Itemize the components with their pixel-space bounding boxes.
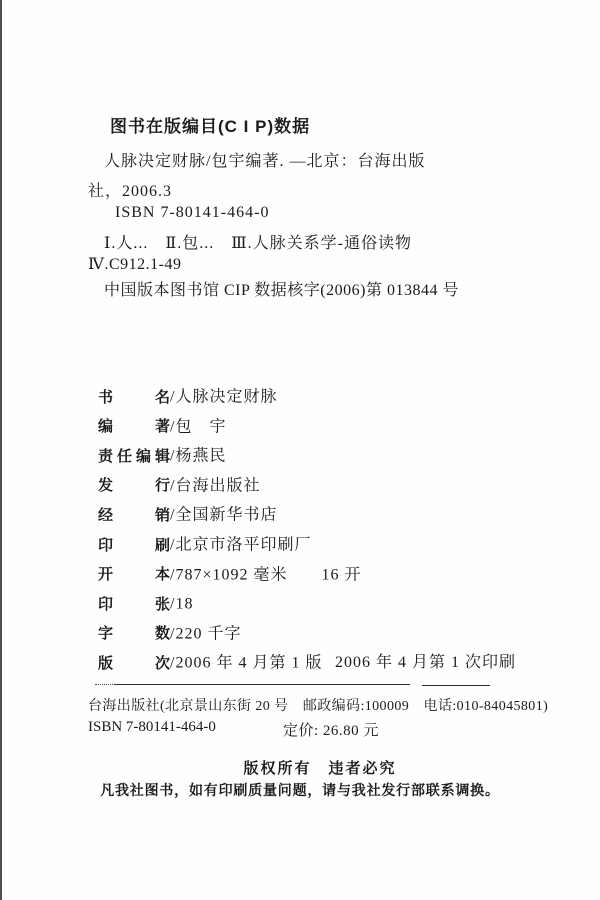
- row-label: 经销: [98, 501, 170, 531]
- divider-rule: [114, 684, 410, 685]
- row-value: /220 千字: [170, 625, 241, 642]
- cip-title-line-continued: 社，2006.3: [88, 178, 172, 201]
- price-label: 定价: 26.80 元: [283, 719, 379, 740]
- row-value: /2006 年 4 月第 1 版: [170, 655, 322, 672]
- row-edition: 版次/2006 年 4 月第 1 版2006 年 4 月第 1 次印刷: [98, 648, 538, 678]
- row-value: /787×1092 毫米 16 开: [170, 566, 361, 583]
- row-value: /全国新华书店: [170, 507, 277, 524]
- row-label: 书名: [98, 383, 170, 413]
- row-value: /18: [170, 596, 193, 613]
- row-label: 编著: [98, 412, 170, 442]
- row-label: 责任编辑: [98, 442, 170, 472]
- row-book-title: 书名/人脉决定财脉: [98, 382, 538, 412]
- isbn-number: ISBN 7-80141-464-0: [88, 719, 216, 735]
- divider-rule-segment: [422, 685, 490, 686]
- row-value: /人脉决定财脉: [170, 389, 277, 406]
- row-value: /北京市洛平印刷厂: [170, 537, 311, 554]
- row-printing-info: 2006 年 4 月第 1 次印刷: [335, 648, 516, 678]
- row-label: 发行: [98, 471, 170, 501]
- row-label: 版次: [98, 649, 170, 679]
- row-author: 编著/包 宇: [98, 412, 538, 442]
- row-label: 印刷: [98, 531, 170, 561]
- copyright-page: 图书在版编目(C I P)数据 人脉决定财脉/包宇编著. —北京：台海出版 社，…: [0, 0, 600, 900]
- copyright-notice: 版权所有 违者必究: [20, 757, 600, 778]
- row-value: /包 宇: [170, 418, 226, 435]
- cip-classification: Ⅰ.人... Ⅱ.包... Ⅲ.人脉关系学-通俗读物: [104, 230, 412, 253]
- row-label: 印张: [98, 590, 170, 620]
- row-responsible-editor: 责任编辑/杨燕民: [98, 441, 538, 471]
- row-format: 开本/787×1092 毫米 16 开: [98, 560, 538, 590]
- cip-title-line: 人脉决定财脉/包宇编著. —北京：台海出版: [104, 148, 425, 171]
- row-word-count: 字数/220 千字: [98, 619, 538, 649]
- cip-record-number: 中国版本图书馆 CIP 数据核字(2006)第 013844 号: [104, 277, 459, 300]
- cip-class-code: Ⅳ.C912.1-49: [88, 254, 181, 274]
- row-value: /杨燕民: [170, 448, 226, 465]
- row-label: 字数: [98, 619, 170, 649]
- cip-heading: 图书在版编目(C I P)数据: [110, 112, 310, 137]
- scan-edge-artifact: [0, 0, 2, 900]
- row-value: /台海出版社: [170, 477, 260, 494]
- row-seller: 经销/全国新华书店: [98, 500, 538, 530]
- row-distributor: 发行/台海出版社: [98, 471, 538, 501]
- quality-exchange-notice: 凡我社图书，如有印刷质量问题，请与我社发行部联系调换。: [0, 780, 600, 800]
- row-sheets: 印张/18: [98, 589, 538, 619]
- publisher-address-line: 台海出版社(北京景山东街 20 号 邮政编码:100009 电话:010-840…: [88, 695, 548, 715]
- isbn-price-row: ISBN 7-80141-464-0 定价: 26.80 元: [88, 719, 508, 736]
- publication-info-list: 书名/人脉决定财脉 编著/包 宇 责任编辑/杨燕民 发行/台海出版社 经销/全国…: [98, 382, 538, 678]
- row-label: 开本: [98, 560, 170, 590]
- cip-isbn: ISBN 7-80141-464-0: [115, 204, 269, 222]
- divider-rule-dotted: [95, 684, 113, 685]
- row-printer: 印刷/北京市洛平印刷厂: [98, 530, 538, 560]
